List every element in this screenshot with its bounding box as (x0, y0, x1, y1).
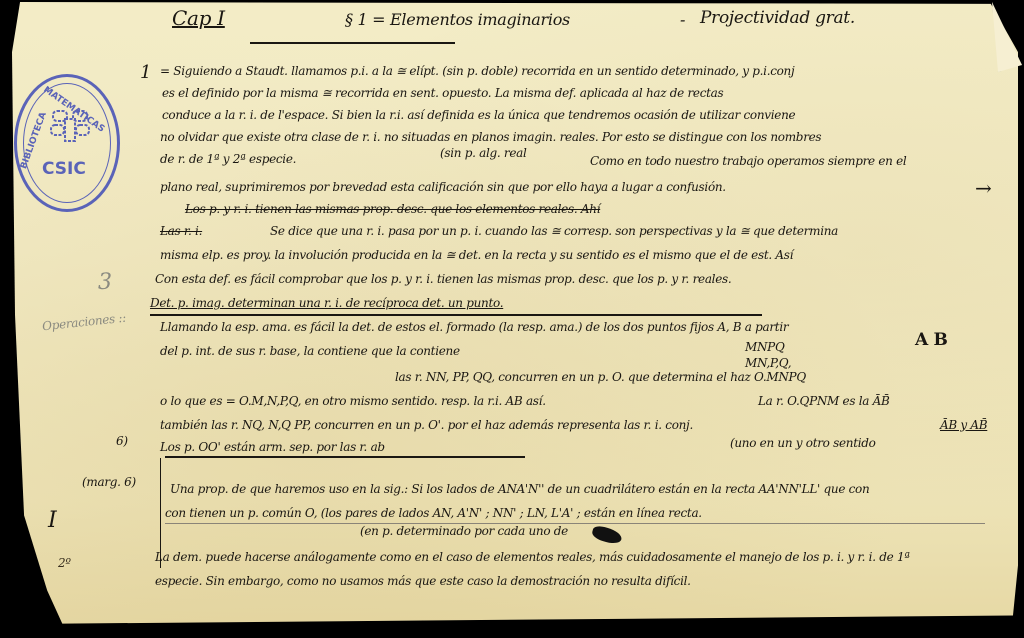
text-line: las r. NN, PP, QQ, concurren en un p. O.… (395, 370, 806, 384)
text-line: plano real, suprimiremos por brevedad es… (160, 180, 726, 194)
text-line-struck: Las r. i. (160, 224, 202, 238)
text-line: no olvidar que existe otra clase de r. i… (160, 130, 821, 144)
margin-smudge: 2º (58, 556, 71, 570)
text-line: (sin p. alg. real (440, 146, 527, 160)
text-line: misma elp. es proy. la involución produc… (160, 248, 793, 262)
text-line: Llamando la esp. ama. es fácil la det. d… (160, 320, 788, 334)
text-line: de r. de 1ª y 2ª especie. (160, 152, 296, 166)
label-AB-conj: ĀB y AB̄ (940, 418, 987, 432)
text-line: Una prop. de que haremos uso en la sig.:… (170, 482, 869, 496)
text-line: Los p. OO' están arm. sep. por las r. ab (160, 440, 385, 454)
heading-dash: - (680, 10, 685, 29)
text-line: Se dice que una r. i. pasa por un p. i. … (270, 224, 838, 238)
label-AB: A B (915, 330, 948, 350)
text-line: (en p. determinado por cada uno de (360, 524, 568, 538)
text-line: también las r. NQ, N,Q PP, concurren en … (160, 418, 693, 432)
text-line: Det. p. imag. determinan una r. i. de re… (150, 296, 503, 310)
text-line: conduce a la r. i. de l'espace. Si bien … (162, 108, 795, 122)
margin-marg-note: (marg. 6) (82, 475, 136, 489)
text-line: Con esta def. es fácil comprobar que los… (155, 272, 731, 286)
stamp-text-csic: CSIC (42, 159, 86, 179)
text-line: es el definido por la misma ≅ recorrida … (162, 86, 723, 100)
text-line: del p. int. de sus r. base, la contiene … (160, 344, 460, 358)
text-line: Como en todo nuestro trabajo operamos si… (590, 154, 906, 168)
rule-underline (165, 456, 525, 458)
margin-number-3: 3 (98, 270, 112, 295)
label-MNPQ: MNPQ (745, 340, 785, 354)
text-line: (uno en un y otro sentido (730, 436, 876, 450)
section-subtitle: Projectividad grat. (700, 8, 855, 28)
margin-item-6: 6) (116, 434, 128, 448)
text-line: con tienen un p. común O, (los pares de … (165, 506, 702, 520)
stamp-emblem-icon (50, 109, 90, 153)
text-line: o lo que es = O.M,N,P,Q, en otro mismo s… (160, 394, 546, 408)
chapter-heading: Cap I (172, 6, 225, 30)
rule-underline (150, 314, 762, 316)
library-stamp: MATEMATICAS BIBLIOTECA CSIC (14, 74, 120, 212)
section-heading: § 1 = Elementos imaginarios (345, 10, 570, 29)
label-MNPQ-sub: MN,P,Q, (745, 356, 791, 370)
text-line: La dem. puede hacerse análogamente como … (155, 550, 910, 564)
text-line: La r. O.QPNM es la ĀB̄ (758, 394, 890, 408)
continuation-arrow-icon: → (975, 176, 991, 200)
margin-roman-numeral: I (48, 508, 56, 533)
section-underline (250, 42, 455, 44)
margin-number-1: 1 (140, 62, 151, 83)
text-line-struck: Los p. y r. i. tienen las mismas prop. d… (185, 202, 600, 216)
rule-underline (165, 523, 985, 524)
text-line: = Siguiendo a Staudt. llamamos p.i. a la… (160, 64, 794, 78)
text-line: especie. Sin embargo, como no usamos más… (155, 574, 691, 588)
